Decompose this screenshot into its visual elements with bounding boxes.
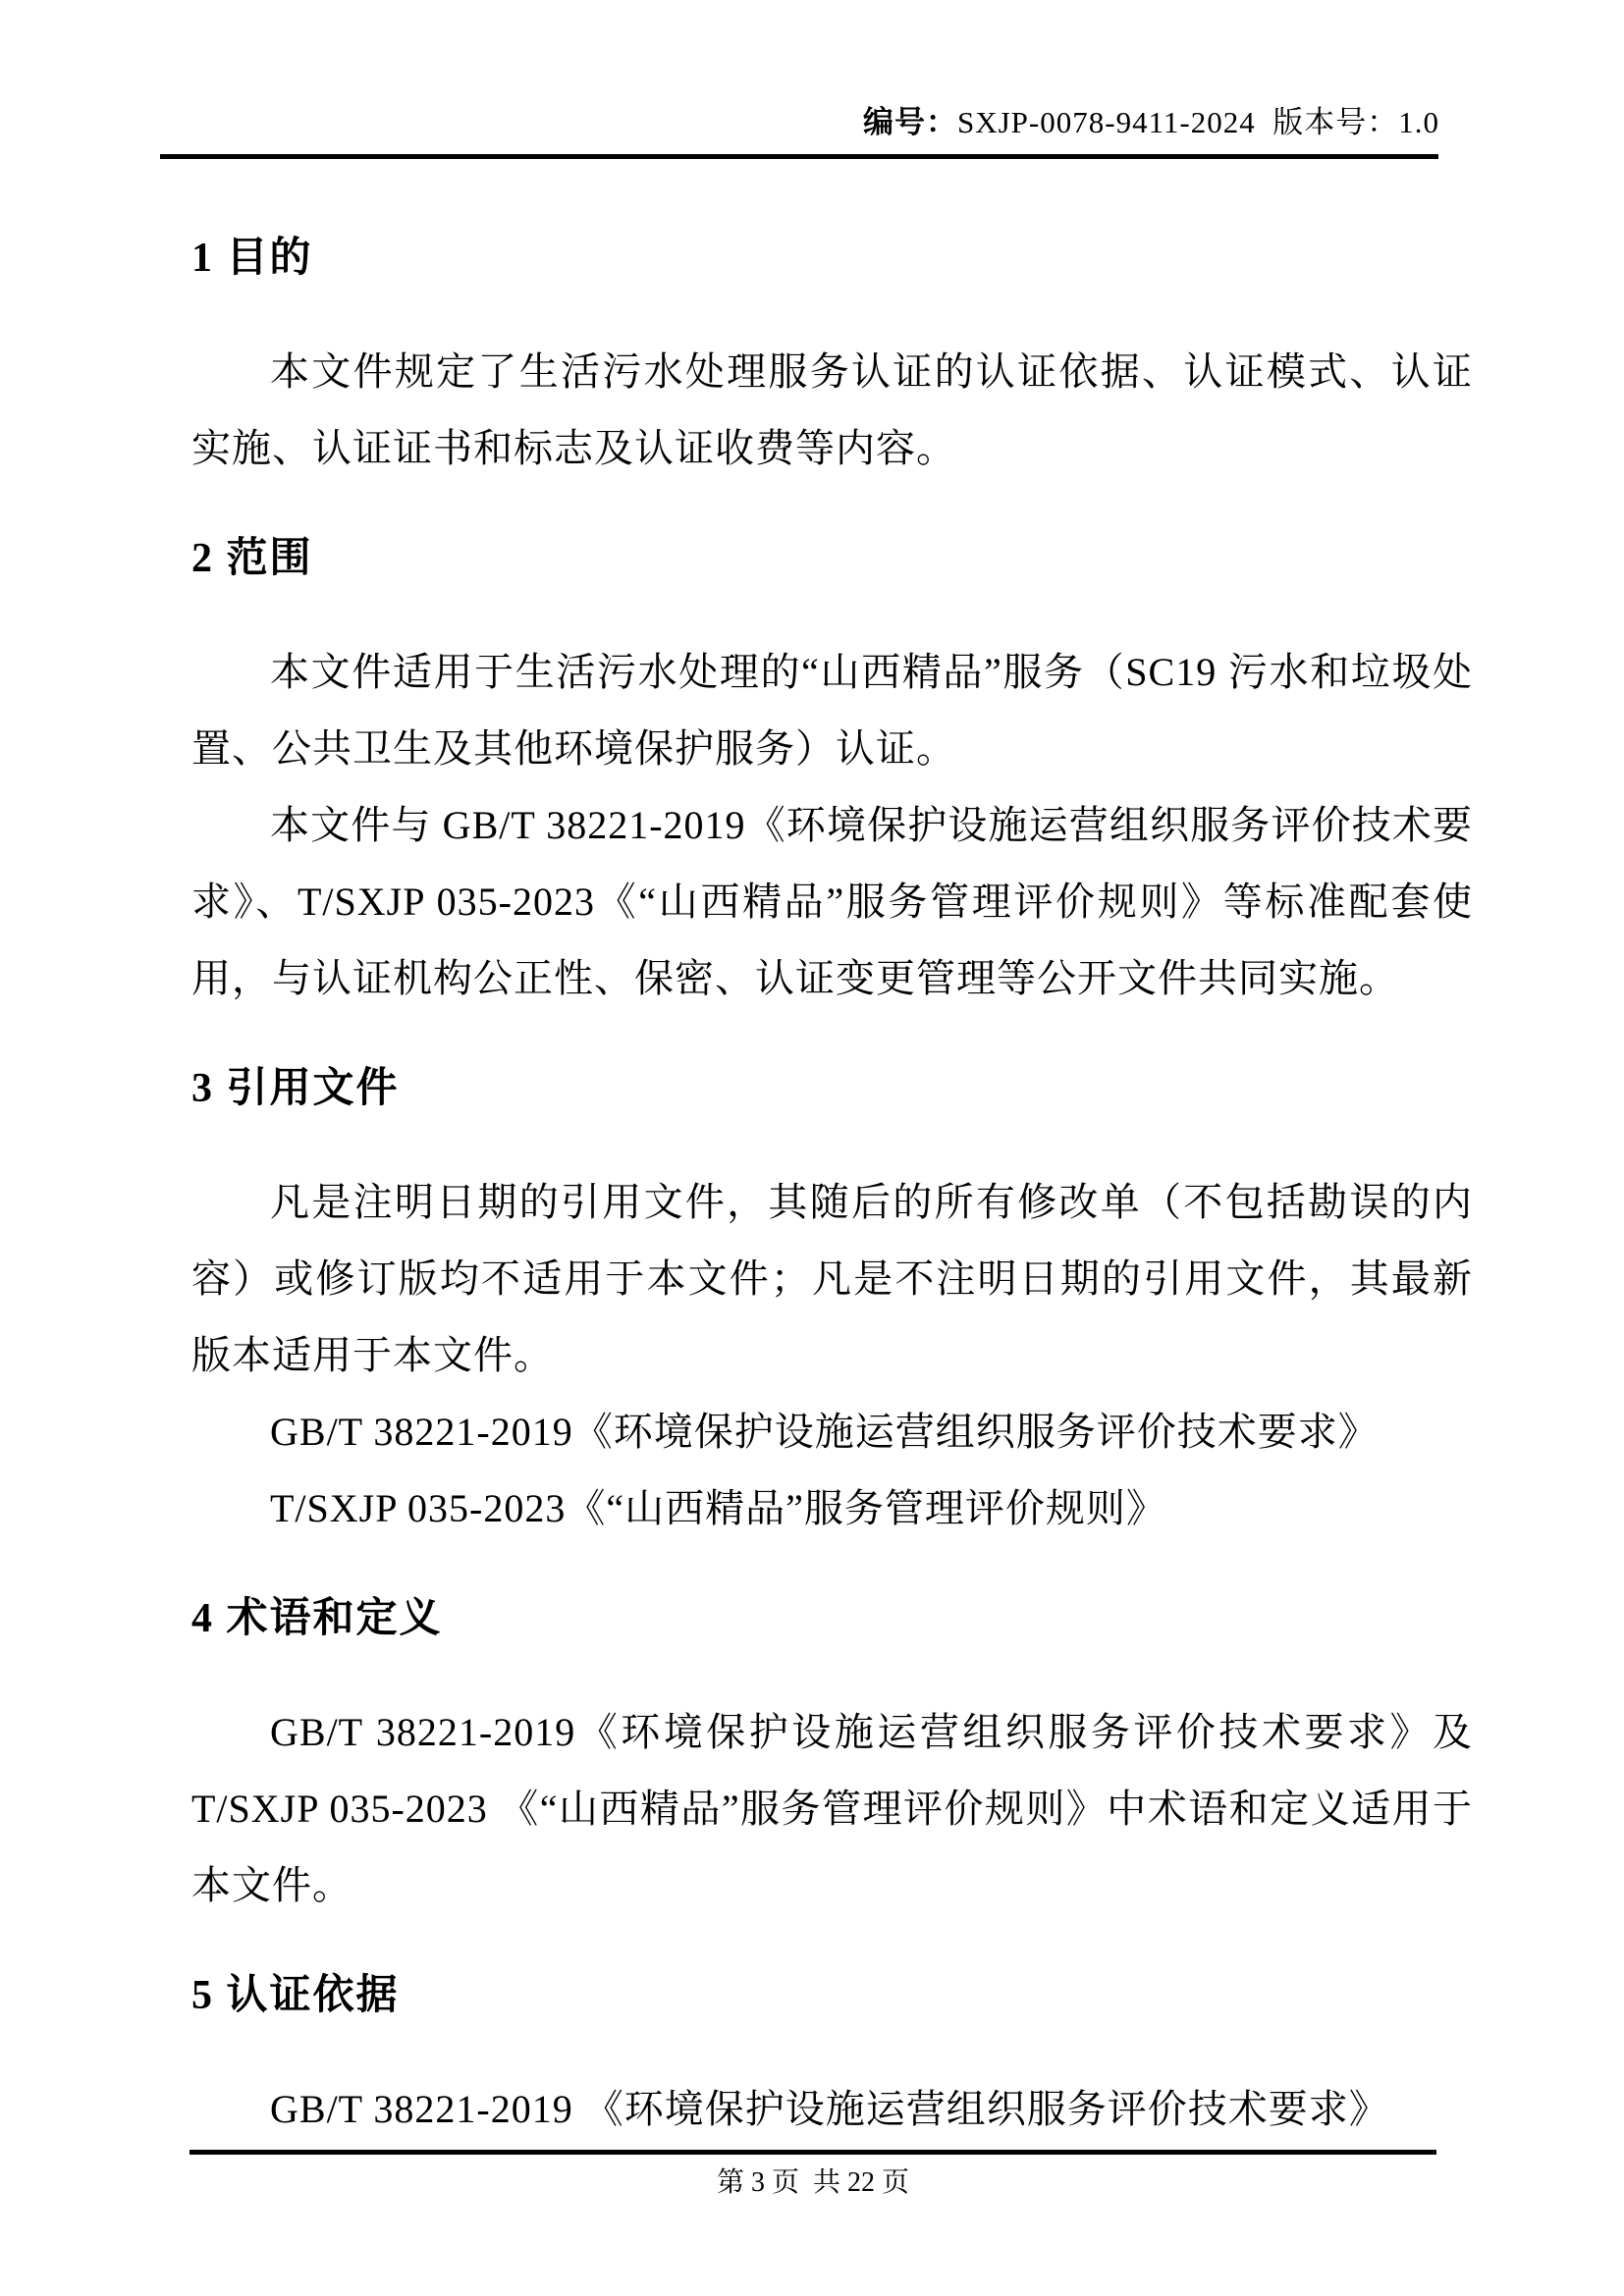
section-heading: 2 范围 <box>191 520 1473 597</box>
paragraph: 本文件规定了生活污水处理服务认证的认证依据、认证模式、认证实施、认证证书和标志及… <box>191 334 1473 487</box>
doc-number-value: SXJP-0078-9411-2024 <box>957 105 1256 139</box>
section-heading: 3 引用文件 <box>191 1050 1473 1127</box>
paragraph: 本文件适用于生活污水处理的“山西精品”服务（SC19 污水和垃圾处置、公共卫生及… <box>191 634 1473 787</box>
doc-version-value: 1.0 <box>1398 105 1439 139</box>
document-footer: 第 3 页 共 22 页 <box>189 2150 1436 2200</box>
footer-rule <box>189 2150 1436 2155</box>
page-number: 第 3 页 共 22 页 <box>189 2166 1436 2200</box>
document-header: 编号：SXJP-0078-9411-2024 版本号：1.0 <box>0 0 1624 159</box>
doc-version-label: 版本号： <box>1272 105 1398 139</box>
paragraph: 凡是注明日期的引用文件，其随后的所有修改单（不包括勘误的内容）或修订版均不适用于… <box>191 1164 1473 1394</box>
paragraph: GB/T 38221-2019 《环境保护设施运营组织服务评价技术要求》 <box>191 2071 1473 2148</box>
header-spacer <box>1256 105 1273 139</box>
document-body: 1 目的本文件规定了生活污水处理服务认证的认证依据、认证模式、认证实施、认证证书… <box>191 159 1473 2148</box>
section-heading: 1 目的 <box>191 220 1473 296</box>
doc-number-label: 编号： <box>863 105 957 139</box>
document-page: 编号：SXJP-0078-9411-2024 版本号：1.0 1 目的本文件规定… <box>0 0 1624 2296</box>
paragraph: GB/T 38221-2019《环境保护设施运营组织服务评价技术要求》 <box>191 1394 1473 1470</box>
header-meta-line: 编号：SXJP-0078-9411-2024 版本号：1.0 <box>0 104 1624 141</box>
paragraph: GB/T 38221-2019《环境保护设施运营组织服务评价技术要求》及 T/S… <box>191 1694 1473 1924</box>
paragraph: T/SXJP 035-2023《“山西精品”服务管理评价规则》 <box>191 1470 1473 1547</box>
paragraph: 本文件与 GB/T 38221-2019《环境保护设施运营组织服务评价技术要求》… <box>191 787 1473 1017</box>
section-heading: 4 术语和定义 <box>191 1580 1473 1657</box>
section-heading: 5 认证依据 <box>191 1957 1473 2034</box>
